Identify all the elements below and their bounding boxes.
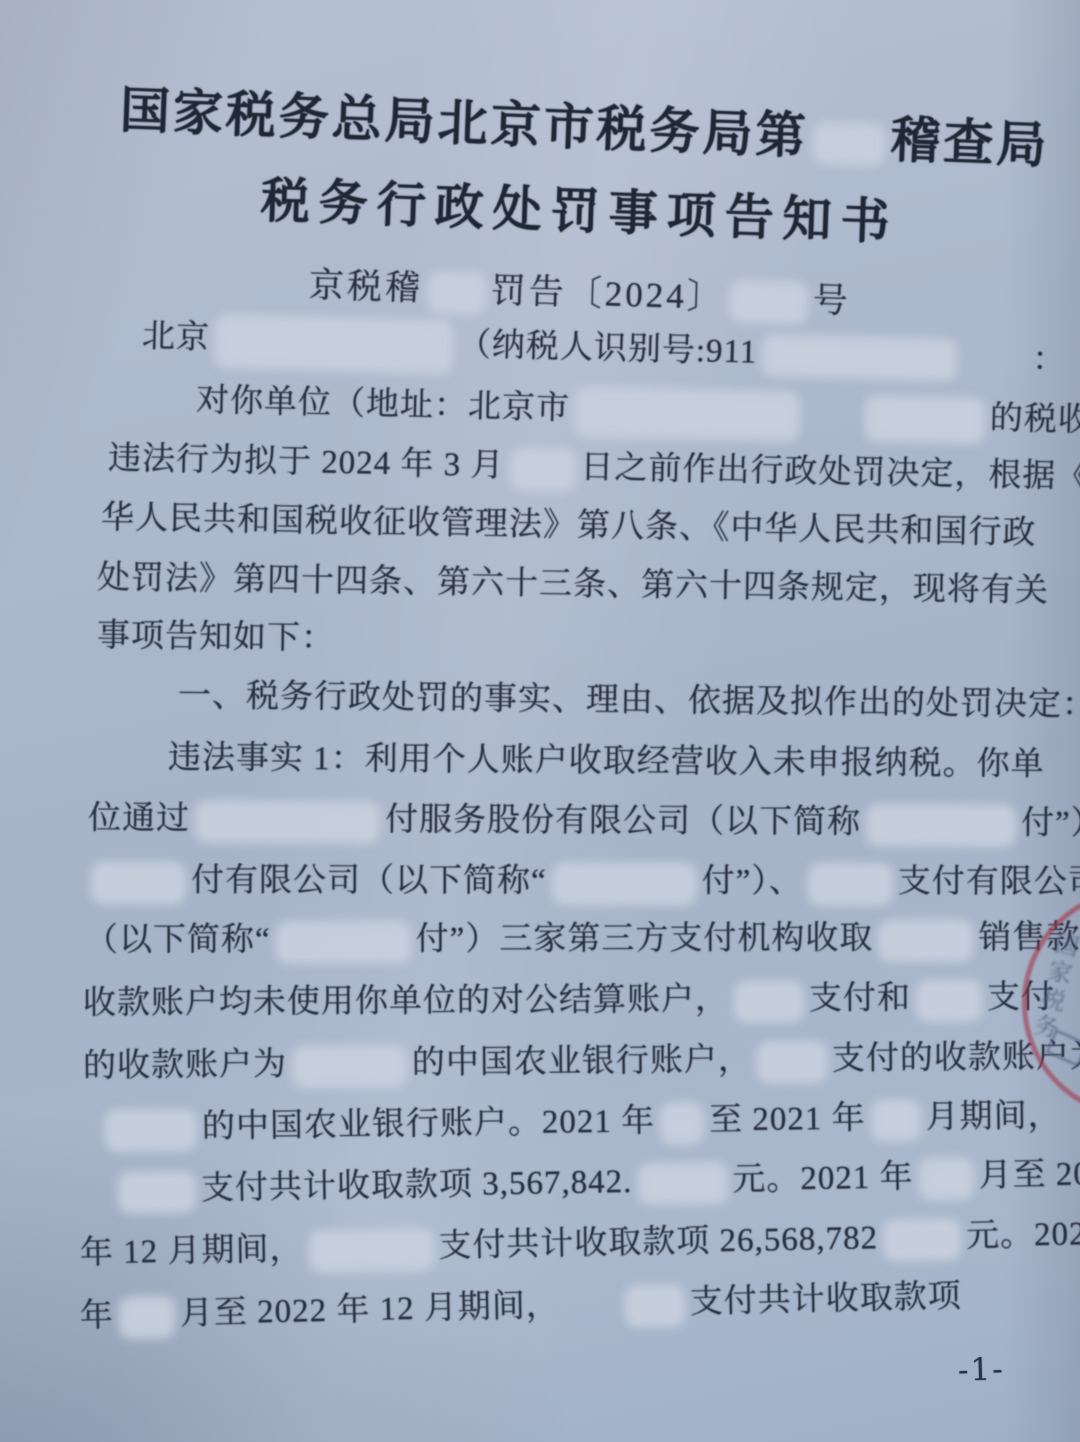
redaction-blur: [866, 804, 1016, 847]
document-text: ：: [1032, 342, 1067, 379]
page-number: -1-: [958, 1351, 1006, 1388]
document-text: 处罚法》第四十四条、第六十三条、第六十四条规定，现将有关: [97, 560, 1049, 609]
document-text: 违法事实 1：利用个人账户收取经营收入未申报纳税。你单: [168, 740, 1045, 783]
document-text: 对你单位（地址：北京市: [196, 383, 571, 427]
document-text: 稽查局: [889, 112, 1050, 174]
document-text: 付”）、: [1021, 805, 1080, 842]
document-text: 京税稽: [308, 266, 423, 308]
document-text: 元。2021 年: [732, 1159, 914, 1198]
document-text: （以下简称“: [85, 922, 271, 958]
document-text: 付有限公司（以下简称“: [191, 863, 547, 900]
redaction-blur: [91, 862, 186, 904]
document-text: 月至 2022 年 12 月期间，: [180, 1288, 561, 1333]
gap-spacer: [560, 1314, 620, 1315]
redaction-blur: [292, 1045, 407, 1088]
document-line: 国家税务总局北京市税务局第稽查局: [119, 82, 1041, 175]
redaction-blur: [214, 314, 453, 374]
redaction-blur: [757, 1041, 827, 1084]
document-text: 日之前作出行政处罚决定，根据《中: [580, 450, 1080, 496]
document-text: （纳税人识别号:911: [457, 327, 757, 371]
redaction-blur: [276, 921, 411, 963]
redaction-blur: [762, 334, 958, 381]
document-text: 元。2022: [966, 1216, 1080, 1255]
document-line: 税务行政处罚事项告知书: [119, 168, 1040, 256]
redaction-blur: [118, 1171, 197, 1214]
document-text: 华人民共和国税收征收管理法》第八条、《中华人民共和国行政: [101, 500, 1037, 552]
redaction-blur: [916, 980, 982, 1022]
document-text: 年 12 月期间，: [80, 1231, 304, 1271]
document-line: 位通过付服务股份有限公司（以下简称付”）、: [88, 800, 1080, 847]
redaction-blur: [729, 280, 808, 324]
document-text: 的中国农业银行账户，: [412, 1042, 752, 1081]
redaction-blur: [427, 271, 486, 315]
document-line: 华人民共和国税收征收管理法》第八条、《中华人民共和国行政: [101, 500, 1037, 553]
document-line: 收款账户均未使用你单位的对公结算账户，支付和支付: [83, 979, 1055, 1027]
document-text: 付”）三家第三方支付机构收取: [416, 921, 874, 958]
document-line: 违法事实 1：利用个人账户收取经营收入未申报纳税。你单: [168, 740, 1045, 785]
document-text: 收款账户均未使用你单位的对公结算账户，: [83, 982, 729, 1022]
document-line: 一、税务行政处罚的事实、理由、依据及拟作出的处罚决定：: [178, 678, 1080, 726]
document-line: 的收款账户为的中国农业银行账户，支付的收款账户为: [83, 1038, 1080, 1090]
document-text: 北京: [142, 319, 211, 357]
redaction-blur: [195, 801, 380, 844]
document-text: 支付和: [809, 981, 911, 1018]
document-text: 罚告〔2024〕: [490, 271, 725, 317]
redaction-blur: [119, 1296, 176, 1339]
document-text: 至 2021 年: [709, 1101, 866, 1139]
document-text: 的税收: [989, 401, 1080, 439]
document-text: 位通过: [88, 801, 190, 838]
redaction-blur: [812, 121, 886, 166]
redaction-blur: [883, 1218, 962, 1261]
redaction-blur: [808, 863, 893, 905]
document-text: 月期间，: [925, 1098, 1061, 1136]
redaction-blur: [574, 387, 800, 442]
document-text: 付服务股份有限公司（以下简称: [385, 802, 861, 840]
redaction-blur: [870, 1099, 921, 1142]
document-line: 年 12 月期间，支付共计收取款项 26,568,782元。2022: [80, 1215, 1080, 1277]
redaction-blur: [734, 981, 804, 1023]
document-line: 支付共计收取款项 3,567,842.元。2021 年月至 2022: [113, 1155, 1080, 1214]
document-text: 税务行政处罚事项告知书: [260, 173, 900, 250]
document-text: 支付共计收取款项 26,568,782: [438, 1220, 878, 1264]
document-text: 号: [812, 281, 851, 321]
redaction-blur: [660, 1102, 705, 1145]
redaction-blur: [552, 863, 697, 905]
redaction-blur: [308, 1228, 434, 1272]
redaction-blur: [637, 1162, 728, 1205]
document-photo: 国家税务总局北京市税务局第稽查局税务行政处罚事项告知书京税稽罚告〔2024〕号北…: [0, 0, 1080, 1442]
document-line: 处罚法》第四十四条、第六十三条、第六十四条规定，现将有关: [97, 560, 1049, 611]
redaction-blur: [105, 1109, 198, 1152]
document-text: 支付有限公司: [898, 864, 1080, 900]
document-line: 年月至 2022 年 12 月期间，支付共计收取款项: [80, 1278, 963, 1340]
document-text: 支付共计收取款项: [689, 1279, 962, 1321]
document-line: 事项告知如下：: [97, 618, 335, 659]
document-line: 违法行为拟于 2024 年 3 月日之前作出行政处罚决定，根据《中: [108, 440, 1080, 502]
document-text: 付”）、: [702, 864, 803, 900]
document-page: 国家税务总局北京市税务局第稽查局税务行政处罚事项告知书京税稽罚告〔2024〕号北…: [0, 0, 1080, 1442]
document-line: （以下简称“付”）三家第三方支付机构收取销售款，: [85, 919, 1080, 964]
document-text: 国家税务总局北京市税务局第: [119, 82, 810, 164]
document-text: 的收款账户为: [83, 1047, 287, 1085]
document-line: 的中国农业银行账户。2021 年至 2021 年月期间，: [100, 1097, 1062, 1152]
redaction-blur: [864, 395, 985, 444]
document-line: 对你单位（地址：北京市的税收: [195, 378, 1080, 448]
document-text: 月至 2022: [978, 1156, 1080, 1194]
document-line: 付有限公司（以下简称“付”）、支付有限公司: [86, 862, 1080, 906]
document-text: 的中国农业银行账户。2021 年: [202, 1103, 656, 1145]
document-text: 事项告知如下：: [97, 618, 335, 657]
document-text: 违法行为拟于 2024 年 3 月: [108, 441, 505, 485]
document-text: 年: [80, 1298, 115, 1335]
redaction-blur: [624, 1284, 685, 1327]
redaction-blur: [918, 1158, 974, 1201]
document-text: 支付共计收取款项 3,567,842.: [201, 1164, 633, 1207]
document-text: 一、税务行政处罚的事实、理由、依据及拟作出的处罚决定：: [178, 678, 1080, 724]
seal-text: 国家税务: [1028, 929, 1080, 1045]
gap-spacer: [962, 368, 1032, 370]
gap-spacer: [805, 424, 860, 425]
redaction-blur: [878, 920, 973, 962]
redaction-blur: [509, 448, 576, 491]
